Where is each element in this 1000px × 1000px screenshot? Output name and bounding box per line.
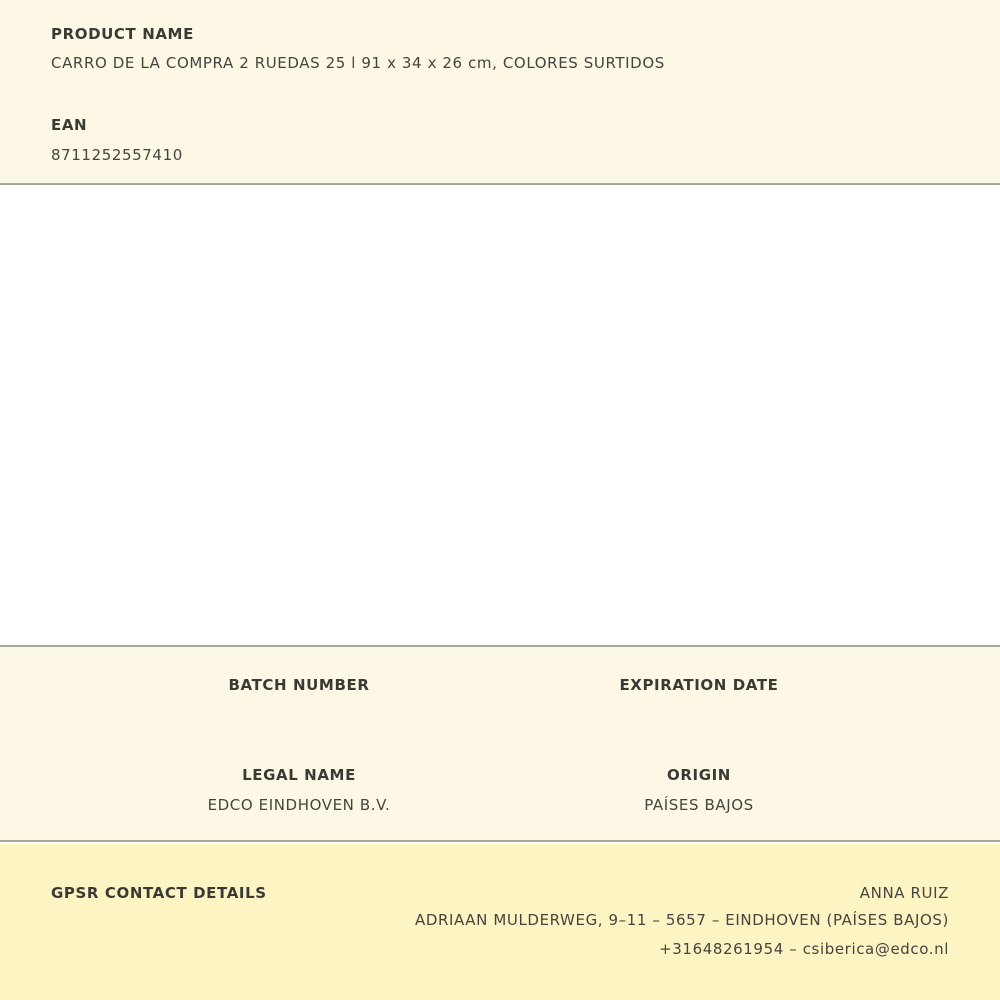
contact-name: ANNA RUIZ xyxy=(860,884,949,902)
legal-name-label: LEGAL NAME xyxy=(99,766,499,784)
legal-name-value: EDCO EINDHOVEN B.V. xyxy=(99,796,499,814)
batch-number-label: BATCH NUMBER xyxy=(99,676,499,694)
gpsr-contact-label: GPSR CONTACT DETAILS xyxy=(51,884,267,902)
product-details-section: BATCH NUMBER EXPIRATION DATE LEGAL NAME … xyxy=(0,645,1000,842)
contact-phone-email: +31648261954 – csiberica@edco.nl xyxy=(659,940,949,958)
product-name-value: CARRO DE LA COMPRA 2 RUEDAS 25 l 91 x 34… xyxy=(51,54,665,72)
product-name-label: PRODUCT NAME xyxy=(51,25,194,43)
gpsr-contact-section: GPSR CONTACT DETAILS ANNA RUIZ ADRIAAN M… xyxy=(0,844,1000,1000)
contact-address: ADRIAAN MULDERWEG, 9–11 – 5657 – EINDHOV… xyxy=(415,911,949,929)
ean-value: 8711252557410 xyxy=(51,146,183,164)
ean-label: EAN xyxy=(51,116,87,134)
product-image-area xyxy=(0,187,1000,645)
expiration-date-label: EXPIRATION DATE xyxy=(499,676,899,694)
product-info-section: PRODUCT NAME CARRO DE LA COMPRA 2 RUEDAS… xyxy=(0,0,1000,185)
origin-label: ORIGIN xyxy=(499,766,899,784)
origin-value: PAÍSES BAJOS xyxy=(499,796,899,814)
